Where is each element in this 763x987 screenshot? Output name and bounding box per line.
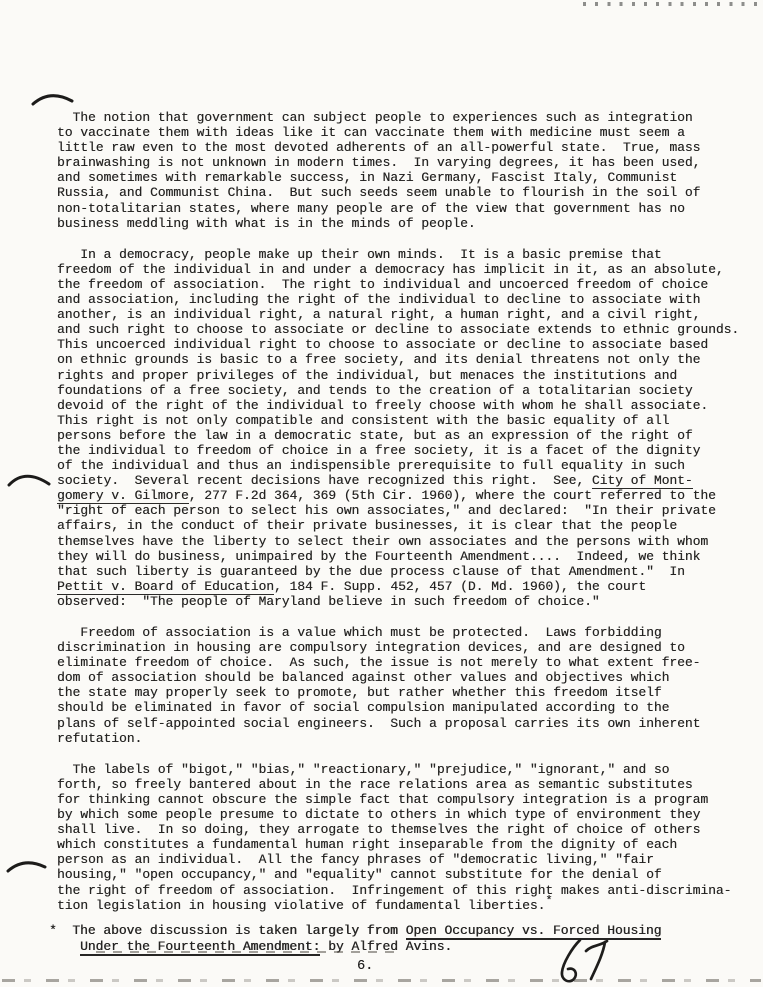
- text-segment: they will do business, unimpaired by the…: [57, 549, 700, 564]
- text-line: "right of each person to select his own …: [57, 503, 757, 518]
- text-segment: another, is an individual right, a natur…: [57, 307, 700, 322]
- text-segment: and sometimes with remarkable success, i…: [57, 170, 677, 185]
- text-line: they will do business, unimpaired by the…: [57, 549, 757, 564]
- text-line: Pettit v. Board of Education, 184 F. Sup…: [57, 579, 757, 594]
- text-line: This uncoerced individual right to choos…: [57, 337, 757, 352]
- footnote: * The above discussion is taken largely …: [49, 923, 757, 955]
- text-line: which constitutes a fundamental human ri…: [57, 837, 757, 852]
- text-segment: observed: "The people of Maryland believ…: [57, 594, 600, 609]
- text-line: business meddling with what is in the mi…: [57, 216, 757, 231]
- text-line: rights and proper privileges of the indi…: [57, 368, 757, 383]
- text-segment: The labels of "bigot," "bias," "reaction…: [57, 762, 669, 777]
- text-segment: person as an individual. All the fancy p…: [57, 852, 654, 867]
- text-line: The notion that government can subject p…: [57, 110, 757, 125]
- text-line: the state may properly seek to promote, …: [57, 685, 757, 700]
- text-line: discrimination in housing are compulsory…: [57, 640, 757, 655]
- margin-stray-mark-icon: [29, 90, 77, 108]
- underlined-title: Open Occupancy vs. Forced Housing: [406, 923, 662, 940]
- underlined-citation: City of Mont-: [592, 473, 693, 489]
- underlined-citation: gomery v. Gilmore: [57, 488, 189, 504]
- text-line: non-totalitarian states, where many peop…: [57, 201, 757, 216]
- footnote-marker: *: [545, 894, 552, 908]
- margin-stray-mark-icon: [5, 470, 53, 490]
- text-line: housing," "open occupancy," and "equalit…: [57, 867, 757, 882]
- text-line: Russia, and Communist China. But such se…: [57, 185, 757, 200]
- paragraphs-container: The notion that government can subject p…: [57, 110, 757, 914]
- text-line: and association, including the right of …: [57, 292, 757, 307]
- text-line: Freedom of association is a value which …: [57, 625, 757, 640]
- paragraph: The labels of "bigot," "bias," "reaction…: [57, 762, 757, 914]
- text-line: dom of association should be balanced ag…: [57, 670, 757, 685]
- scan-artifact-dashes: [96, 951, 400, 953]
- text-segment: , 277 F.2d 364, 369 (5th Cir. 1960), whe…: [189, 488, 716, 503]
- text-line: little raw even to the most devoted adhe…: [57, 140, 757, 155]
- text-line: and sometimes with remarkable success, i…: [57, 170, 757, 185]
- text-line: of the individual and thus an indispensi…: [57, 458, 757, 473]
- underlined-citation: Pettit v. Board of Education: [57, 579, 274, 595]
- text-segment: housing," "open occupancy," and "equalit…: [57, 867, 662, 882]
- text-line: brainwashing is not unknown in modern ti…: [57, 155, 757, 170]
- text-segment: plans of self-appointed social engineers…: [57, 716, 700, 731]
- text-line: freedom of the individual in and under a…: [57, 262, 757, 277]
- text-segment: little raw even to the most devoted adhe…: [57, 140, 700, 155]
- text-segment: This uncoerced individual right to choos…: [57, 337, 708, 352]
- text-segment: eliminate freedom of choice. As such, th…: [57, 655, 700, 670]
- text-line: by which some people presume to dictate …: [57, 807, 757, 822]
- text-line: foundations of a free society, and tends…: [57, 383, 757, 398]
- text-line: observed: "The people of Maryland believ…: [57, 594, 757, 609]
- text-line: plans of self-appointed social engineers…: [57, 716, 757, 731]
- page-number: 6.: [357, 959, 373, 974]
- text-segment: by which some people presume to dictate …: [57, 807, 700, 822]
- text-segment: discrimination in housing are compulsory…: [57, 640, 685, 655]
- text-line: on ethnic grounds is basic to a free soc…: [57, 352, 757, 367]
- text-line: for thinking cannot obscure the simple f…: [57, 792, 757, 807]
- text-segment: should be eliminated in favor of social …: [57, 700, 669, 715]
- text-line: shall live. In so doing, they arrogate t…: [57, 822, 757, 837]
- text-segment: The notion that government can subject p…: [57, 110, 693, 125]
- text-segment: devoid of the right of the individual to…: [57, 398, 708, 413]
- text-segment: rights and proper privileges of the indi…: [57, 368, 677, 383]
- text-segment: , 184 F. Supp. 452, 457 (D. Md. 1960), t…: [274, 579, 646, 594]
- text-segment: society. Several recent decisions have r…: [57, 473, 592, 488]
- text-line: gomery v. Gilmore, 277 F.2d 364, 369 (5t…: [57, 488, 757, 503]
- text-line: refutation.: [57, 731, 757, 746]
- text-line: to vaccinate them with ideas like it can…: [57, 125, 757, 140]
- text-segment: brainwashing is not unknown in modern ti…: [57, 155, 700, 170]
- text-line: forth, so freely bantered about in the r…: [57, 777, 757, 792]
- text-segment: persons before the law in a democratic s…: [57, 428, 693, 443]
- text-segment: the individual to freedom of choice in a…: [57, 443, 700, 458]
- text-segment: non-totalitarian states, where many peop…: [57, 201, 685, 216]
- text-line: affairs, in the conduct of their private…: [57, 518, 757, 533]
- text-segment: on ethnic grounds is basic to a free soc…: [57, 352, 700, 367]
- text-segment: and association, including the right of …: [57, 292, 700, 307]
- document-body: The notion that government can subject p…: [57, 110, 757, 955]
- text-segment: In a democracy, people make up their own…: [57, 247, 662, 262]
- text-segment: This right is not only compatible and co…: [57, 413, 669, 428]
- text-line: * The above discussion is taken largely …: [49, 923, 757, 939]
- text-segment: [49, 939, 80, 954]
- text-line: another, is an individual right, a natur…: [57, 307, 757, 322]
- text-segment: that such liberty is guaranteed by the d…: [57, 564, 685, 579]
- film-perforation-dots: [583, 2, 761, 6]
- text-segment: themselves have the liberty to select th…: [57, 534, 708, 549]
- text-line: should be eliminated in favor of social …: [57, 700, 757, 715]
- text-line: the right of freedom of association. Inf…: [57, 883, 757, 898]
- text-segment: freedom of the individual in and under a…: [57, 262, 724, 277]
- text-segment: dom of association should be balanced ag…: [57, 670, 669, 685]
- text-segment: affairs, in the conduct of their private…: [57, 518, 677, 533]
- underlined-title: Under the Fourteenth Amendment:: [80, 939, 320, 956]
- text-segment: forth, so freely bantered about in the r…: [57, 777, 693, 792]
- text-line: The labels of "bigot," "bias," "reaction…: [57, 762, 757, 777]
- text-segment: and such right to choose to associate or…: [57, 322, 739, 337]
- text-line: society. Several recent decisions have r…: [57, 473, 757, 488]
- paragraph: Freedom of association is a value which …: [57, 625, 757, 746]
- paragraph: In a democracy, people make up their own…: [57, 247, 757, 609]
- text-segment: shall live. In so doing, they arrogate t…: [57, 822, 700, 837]
- text-segment: Russia, and Communist China. But such se…: [57, 185, 700, 200]
- text-segment: the right of freedom of association. Inf…: [57, 883, 731, 898]
- text-segment: refutation.: [57, 731, 142, 746]
- text-segment: business meddling with what is in the mi…: [57, 216, 476, 231]
- text-segment: for thinking cannot obscure the simple f…: [57, 792, 708, 807]
- text-line: the individual to freedom of choice in a…: [57, 443, 757, 458]
- paragraph: The notion that government can subject p…: [57, 110, 757, 231]
- text-segment: the state may properly seek to promote, …: [57, 685, 662, 700]
- text-segment: of the individual and thus an indispensi…: [57, 458, 685, 473]
- text-line: themselves have the liberty to select th…: [57, 534, 757, 549]
- text-line: persons before the law in a democratic s…: [57, 428, 757, 443]
- text-line: the freedom of association. The right to…: [57, 277, 757, 292]
- text-line: This right is not only compatible and co…: [57, 413, 757, 428]
- text-line: devoid of the right of the individual to…: [57, 398, 757, 413]
- text-segment: tion legislation in housing violative of…: [57, 898, 545, 913]
- document-page: The notion that government can subject p…: [0, 0, 763, 987]
- text-line: In a democracy, people make up their own…: [57, 247, 757, 262]
- text-segment: the freedom of association. The right to…: [57, 277, 708, 292]
- text-segment: Freedom of association is a value which …: [57, 625, 662, 640]
- text-line: and such right to choose to associate or…: [57, 322, 757, 337]
- text-segment: which constitutes a fundamental human ri…: [57, 837, 677, 852]
- text-segment: to vaccinate them with ideas like it can…: [57, 125, 685, 140]
- margin-stray-mark-icon: [5, 858, 49, 875]
- text-segment: "right of each person to select his own …: [57, 503, 716, 518]
- text-line: that such liberty is guaranteed by the d…: [57, 564, 757, 579]
- text-line: person as an individual. All the fancy p…: [57, 852, 757, 867]
- text-segment: foundations of a free society, and tends…: [57, 383, 693, 398]
- text-line: eliminate freedom of choice. As such, th…: [57, 655, 757, 670]
- text-segment: * The above discussion is taken largely …: [49, 923, 406, 938]
- text-line: tion legislation in housing violative of…: [57, 898, 757, 914]
- scan-artifact-dashes: [2, 979, 761, 982]
